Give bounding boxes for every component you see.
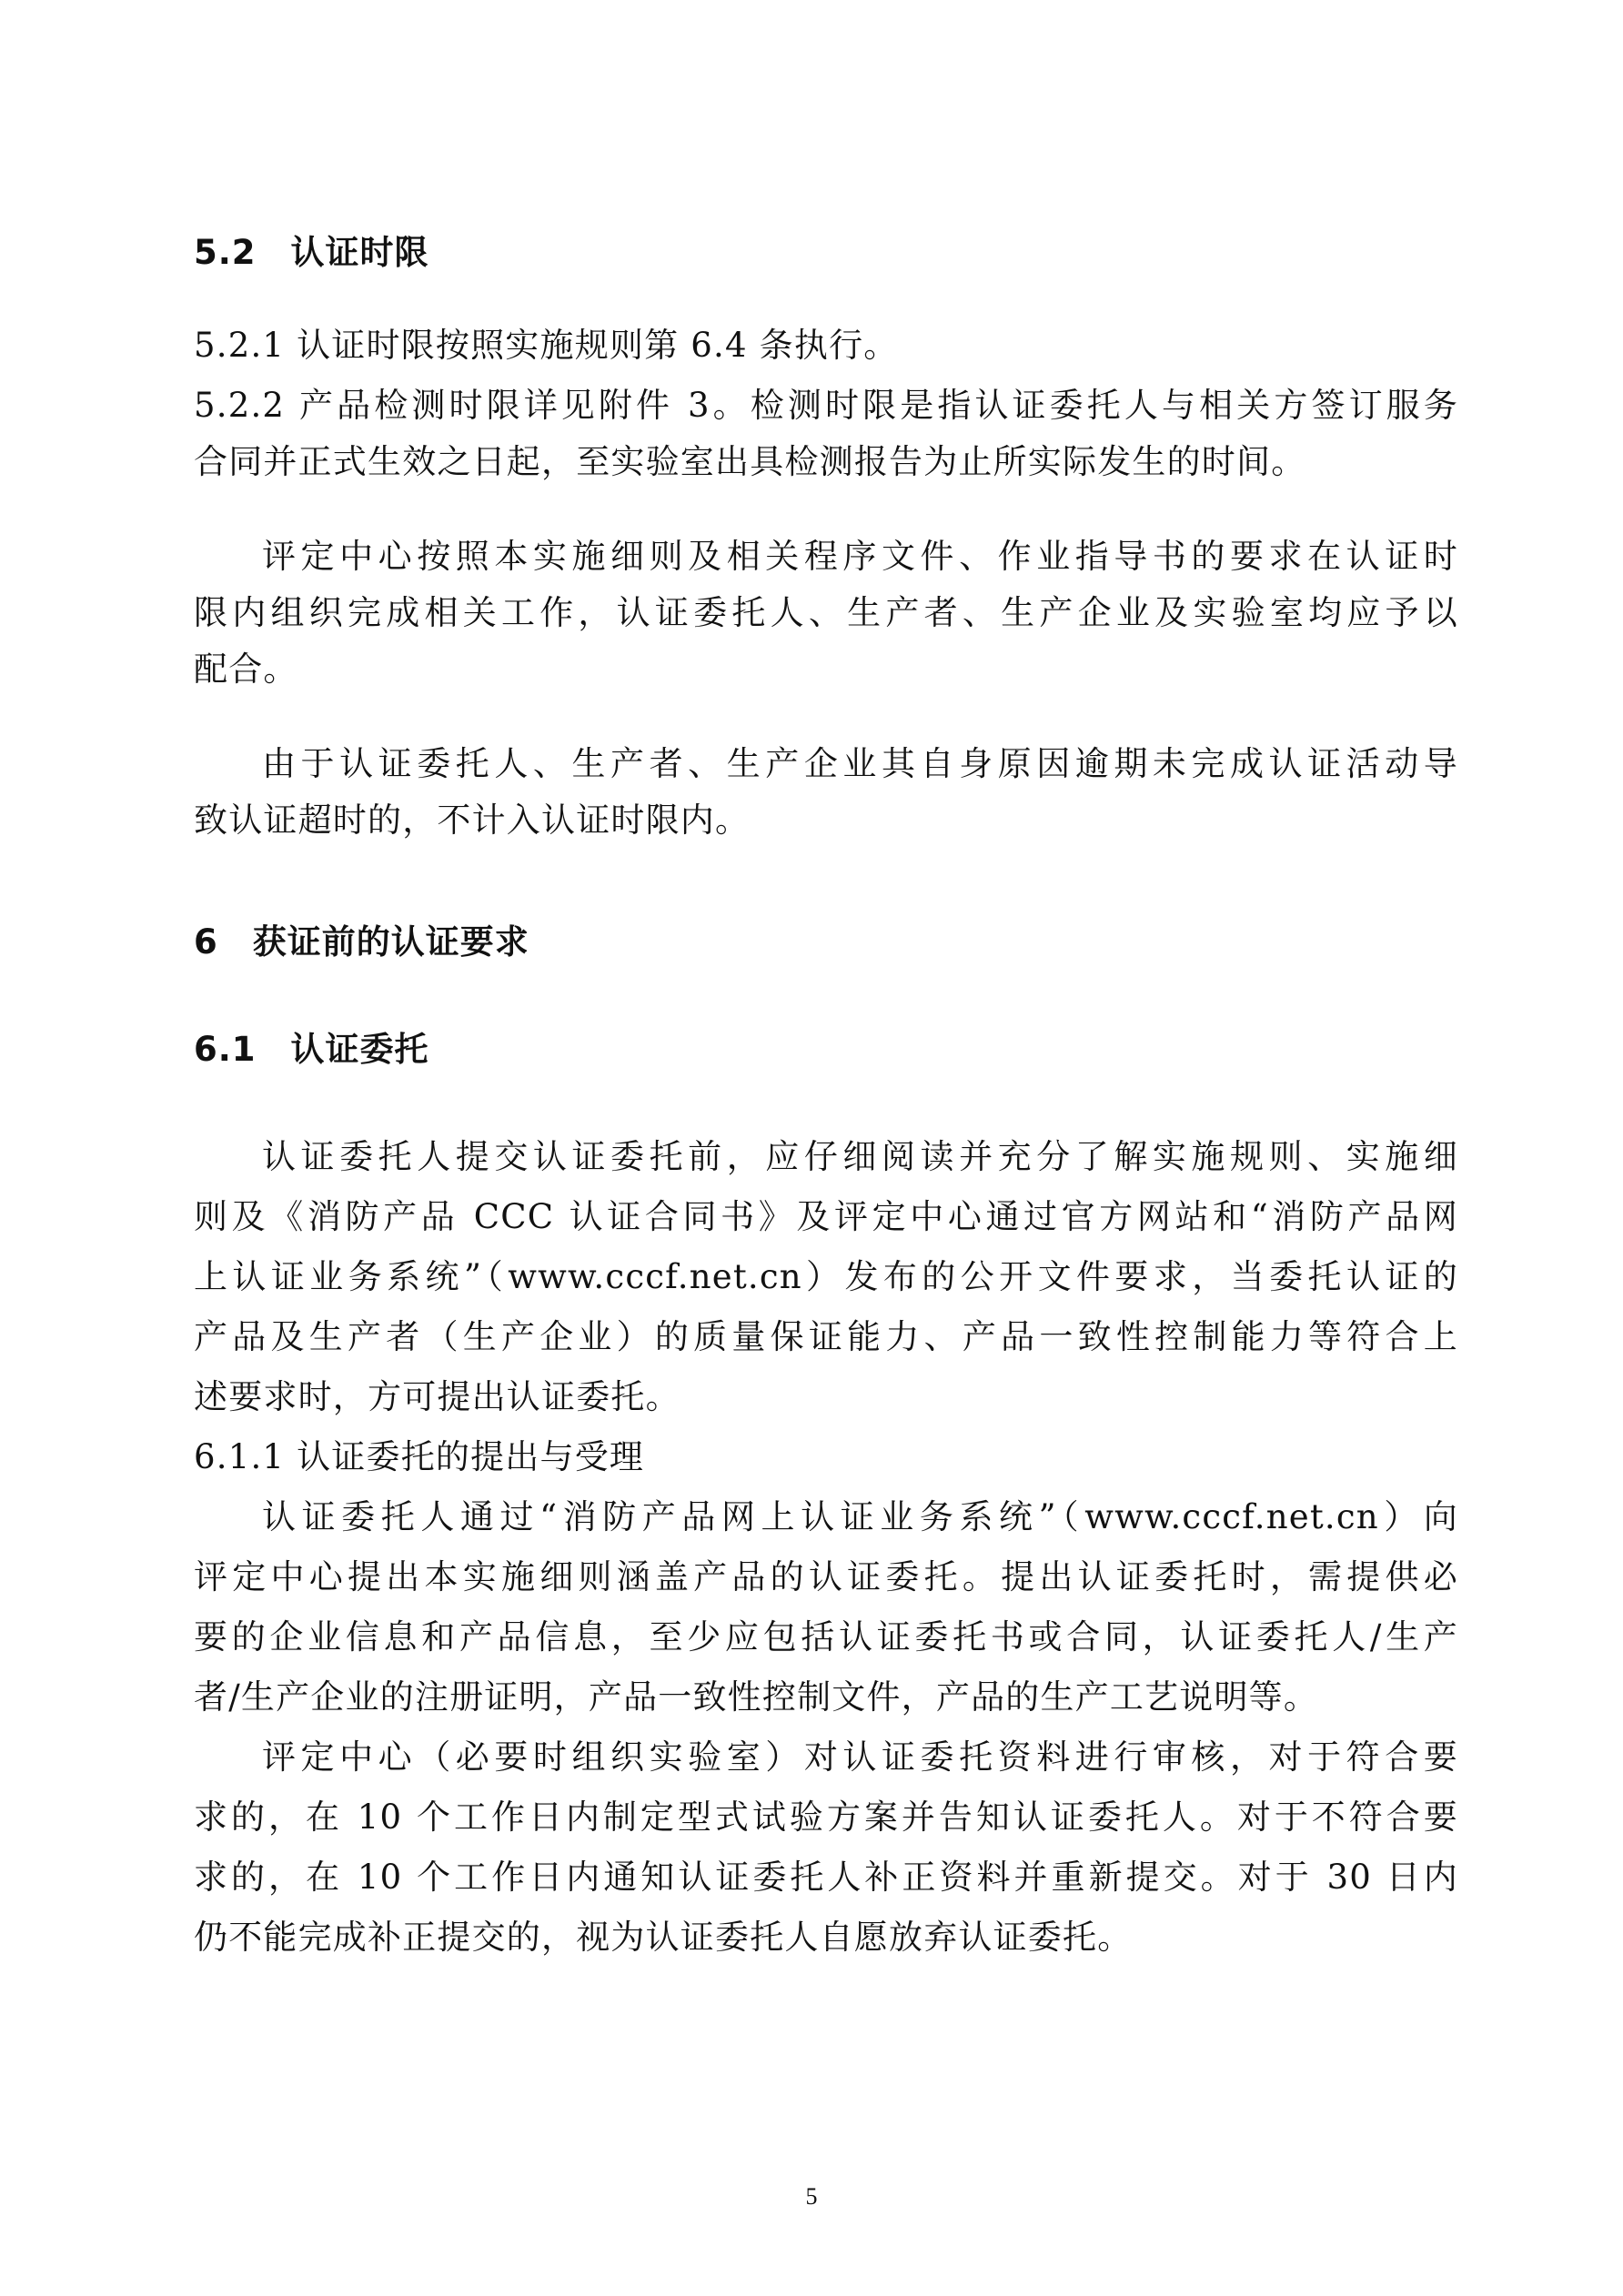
section-heading-6-1: 6.1 认证委托 — [194, 1028, 1458, 1072]
paragraph-line: 5.2.2 产品检测时限详见附件 3。检测时限是指认证委托人与相关方签订服务 — [194, 384, 1458, 428]
page-number: 5 — [0, 2183, 1623, 2210]
paragraph-line: 求的，在 10 个工作日内制定型式试验方案并告知认证委托人。对于不符合要 — [194, 1796, 1458, 1839]
paragraph-line: 者/生产企业的注册证明，产品一致性控制文件，产品的生产工艺说明等。 — [194, 1676, 1458, 1719]
paragraph-line: 评定中心（必要时组织实验室）对认证委托资料进行审核，对于符合要 — [262, 1736, 1458, 1779]
section-heading-6: 6 获证前的认证要求 — [194, 921, 1458, 964]
paragraph-line: 上认证业务系统”（www.cccf.net.cn）发布的公开文件要求，当委托认证… — [194, 1255, 1458, 1299]
paragraph-line: 求的，在 10 个工作日内通知认证委托人补正资料并重新提交。对于 30 日内 — [194, 1856, 1458, 1899]
paragraph-line: 限内组织完成相关工作，认证委托人、生产者、生产企业及实验室均应予以 — [194, 591, 1458, 635]
paragraph-line: 配合。 — [194, 648, 1458, 691]
paragraph-line: 合同并正式生效之日起，至实验室出具检测报告为止所实际发生的时间。 — [194, 440, 1458, 484]
paragraph-line: 5.2.1 认证时限按照实施规则第 6.4 条执行。 — [194, 324, 1458, 368]
paragraph-line: 评定中心提出本实施细则涵盖产品的认证委托。提出认证委托时，需提供必 — [194, 1556, 1458, 1599]
paragraph-line: 要的企业信息和产品信息，至少应包括认证委托书或合同，认证委托人/生产 — [194, 1616, 1458, 1659]
paragraph-line: 认证委托人通过“消防产品网上认证业务系统”（www.cccf.net.cn）向 — [262, 1495, 1458, 1539]
paragraph-line: 致认证超时的，不计入认证时限内。 — [194, 799, 1458, 842]
paragraph-line: 仍不能完成补正提交的，视为认证委托人自愿放弃认证委托。 — [194, 1916, 1458, 1959]
paragraph-line: 认证委托人提交认证委托前，应仔细阅读并充分了解实施规则、实施细 — [262, 1135, 1458, 1179]
paragraph-line: 由于认证委托人、生产者、生产企业其自身原因逾期未完成认证活动导 — [262, 742, 1458, 786]
paragraph-line: 则及《消防产品 CCC 认证合同书》及评定中心通过官方网站和“消防产品网 — [194, 1195, 1458, 1239]
document-page: 5.2 认证时限 5.2.1 认证时限按照实施规则第 6.4 条执行。 5.2.… — [0, 0, 1623, 2296]
paragraph-line: 产品及生产者（生产企业）的质量保证能力、产品一致性控制能力等符合上 — [194, 1315, 1458, 1359]
paragraph-line: 述要求时，方可提出认证委托。 — [194, 1375, 1458, 1419]
section-heading-6-1-1: 6.1.1 认证委托的提出与受理 — [194, 1435, 1458, 1479]
paragraph-line: 评定中心按照本实施细则及相关程序文件、作业指导书的要求在认证时 — [262, 535, 1458, 579]
section-heading-5-2: 5.2 认证时限 — [194, 231, 1458, 275]
